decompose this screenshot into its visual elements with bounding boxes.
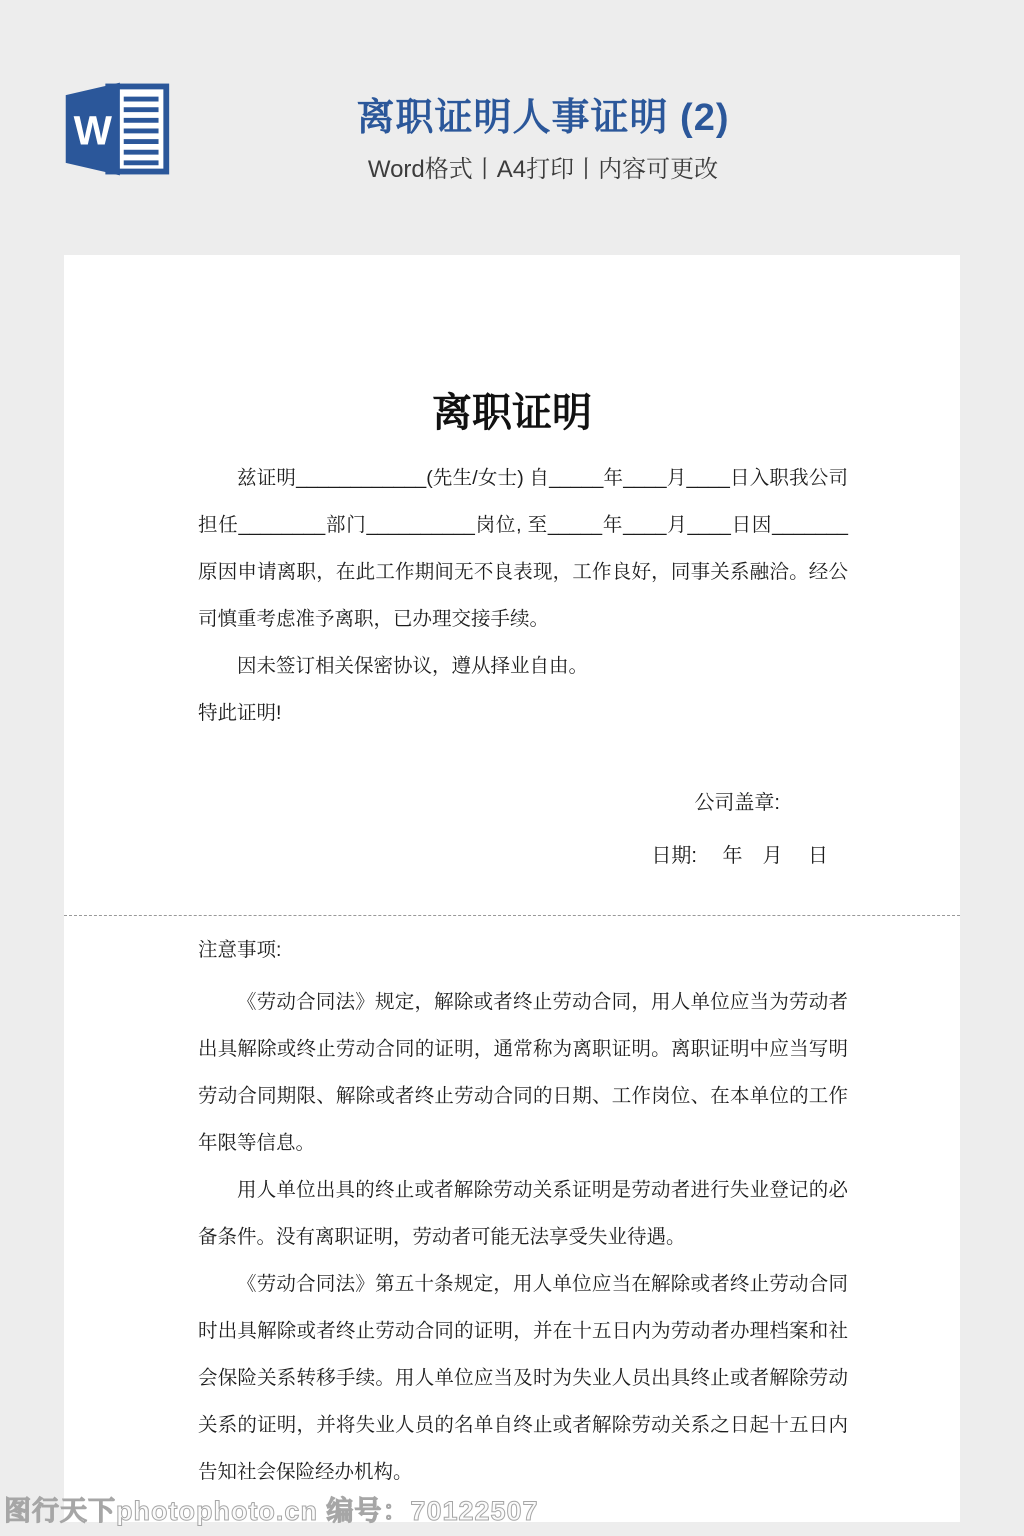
notes-paragraph: 《劳动合同法》规定，解除或者终止劳动合同，用人单位应当为劳动者出具解除或终止劳动… [198,979,848,1167]
template-preview: W 离职证明人事证明 (2) Word格式丨A4打印丨内容可更改 离职证明 兹证… [0,0,1024,1536]
body-paragraph: 特此证明! [198,690,848,737]
body-paragraph: 兹证明____________(先生/女士) 自_____年____月____日… [198,455,848,643]
section-divider [64,915,960,916]
document-body: 兹证明____________(先生/女士) 自_____年____月____日… [198,455,848,737]
watermark-text: 图行天下photophoto.cn 编号：70122507 [4,1489,539,1528]
body-paragraph: 因未签订相关保密协议，遵从择业自由。 [198,643,848,690]
header: 离职证明人事证明 (2) Word格式丨A4打印丨内容可更改 [62,94,1024,185]
template-title: 离职证明人事证明 (2) [62,94,1024,142]
document-page: 离职证明 兹证明____________(先生/女士) 自_____年____月… [64,255,960,1522]
notes-section: 注意事项: 《劳动合同法》规定，解除或者终止劳动合同，用人单位应当为劳动者出具解… [198,927,848,1496]
notes-paragraph: 《劳动合同法》第五十条规定，用人单位应当在解除或者终止劳动合同时出具解除或者终止… [198,1261,848,1496]
company-seal-label: 公司盖章: [198,789,848,817]
notes-heading: 注意事项: [198,927,848,974]
signoff-block: 公司盖章: 日期: 年 月 日 [198,789,848,870]
document-title: 离职证明 [64,381,960,438]
notes-paragraph: 用人单位出具的终止或者解除劳动关系证明是劳动者进行失业登记的必备条件。没有离职证… [198,1167,848,1261]
template-subtitle: Word格式丨A4打印丨内容可更改 [62,155,1024,185]
date-line: 日期: 年 月 日 [198,842,848,870]
